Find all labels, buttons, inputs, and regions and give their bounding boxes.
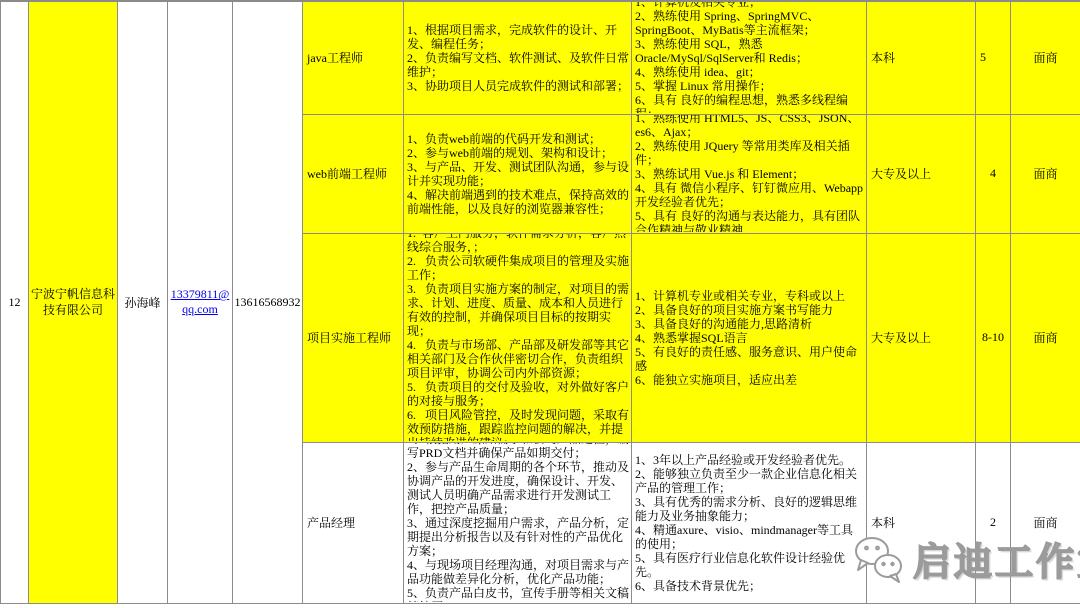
headcount-cell: 8-10 xyxy=(976,233,1011,442)
requirements-text: 1、计算机专业或相关专业，专科或以上 2、具备良好的项目实施方案书写能力 3、具… xyxy=(632,234,866,441)
email-cell: 13379811@qq.com xyxy=(168,1,233,603)
requirements-cell: 1、计算机专业或相关专业，专科或以上 2、具备良好的项目实施方案书写能力 3、具… xyxy=(632,233,867,442)
education-cell: 大专及以上 xyxy=(867,233,976,442)
requirements-text: 1、计算机及相关专业； 2、熟练使用 Spring、SpringMVC、Spri… xyxy=(632,2,866,113)
headcount-cell: 2 xyxy=(976,442,1011,603)
salary-cell: 面商 xyxy=(1011,1,1080,114)
duties-cell: 1、负责web前端的代码开发和测试； 2、参与web前端的规划、架构和设计； 3… xyxy=(404,114,632,233)
job-title-cell: 项目实施工程师 xyxy=(303,233,404,442)
phone-cell: 13616568932 xyxy=(233,1,303,603)
headcount-cell: 4 xyxy=(976,114,1011,233)
salary-cell: 面商 xyxy=(1011,114,1080,233)
requirements-cell: 1、计算机及相关专业； 2、熟练使用 Spring、SpringMVC、Spri… xyxy=(632,1,867,114)
education-cell: 本科 xyxy=(867,1,976,114)
duties-text: 1、负责web前端的代码开发和测试； 2、参与web前端的规划、架构和设计； 3… xyxy=(404,115,631,232)
duties-text: 1、根据用户原始需求和公司产品定位，编写PRD文档并确保产品如期交付； 2、参与… xyxy=(404,443,631,602)
salary-cell: 面商 xyxy=(1011,233,1080,442)
education-cell: 本科 xyxy=(867,442,976,603)
job-table: 12 宁波宁帆信息科技有限公司 孙海峰 13379811@qq.com 1361… xyxy=(0,0,1080,604)
salary-cell: 面商 xyxy=(1011,442,1080,603)
job-title-cell: java工程师 xyxy=(303,1,404,114)
job-title-cell: web前端工程师 xyxy=(303,114,404,233)
requirements-text: 1、熟练使用 HTML5、JS、CSS3、JSON、es6、Ajax； 2、熟练… xyxy=(632,115,866,232)
headcount-cell: 5 xyxy=(976,1,1011,114)
duties-cell: 1、根据项目需求，完成软件的设计、开发、编程任务； 2、负责编写文档、软件测试、… xyxy=(404,1,632,114)
duties-text: 1. 客户上门服务，软件需求分析，客户热线综合服务，； 2. 负责公司软硬件集成… xyxy=(404,234,631,441)
requirements-cell: 1、3年以上产品经验或开发经验者优先。 2、能够独立负责至少一款企业信息化相关产… xyxy=(632,442,867,603)
duties-text: 1、根据项目需求，完成软件的设计、开发、编程任务； 2、负责编写文档、软件测试、… xyxy=(404,2,631,113)
duties-cell: 1. 客户上门服务，软件需求分析，客户热线综合服务，； 2. 负责公司软硬件集成… xyxy=(404,233,632,442)
email-link[interactable]: 13379811@qq.com xyxy=(168,287,232,317)
company-cell: 宁波宁帆信息科技有限公司 xyxy=(29,1,118,603)
duties-cell: 1、根据用户原始需求和公司产品定位，编写PRD文档并确保产品如期交付； 2、参与… xyxy=(404,442,632,603)
company-name: 宁波宁帆信息科技有限公司 xyxy=(29,286,117,318)
education-cell: 大专及以上 xyxy=(867,114,976,233)
contact-cell: 孙海峰 xyxy=(118,1,168,603)
requirements-text: 1、3年以上产品经验或开发经验者优先。 2、能够独立负责至少一款企业信息化相关产… xyxy=(632,443,866,602)
job-title-cell: 产品经理 xyxy=(303,442,404,603)
requirements-cell: 1、熟练使用 HTML5、JS、CSS3、JSON、es6、Ajax； 2、熟练… xyxy=(632,114,867,233)
row-number-cell: 12 xyxy=(1,1,29,603)
